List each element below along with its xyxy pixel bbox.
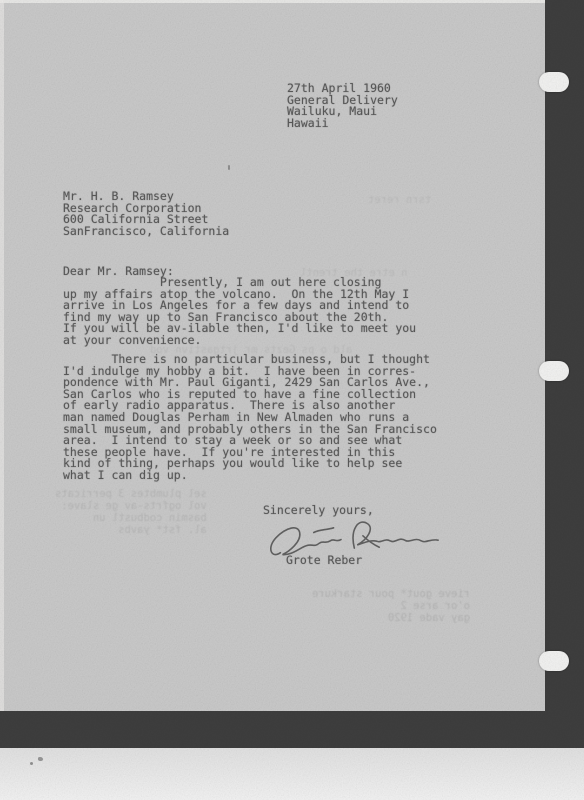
ink-speck (38, 757, 43, 761)
ink-speck (30, 762, 33, 765)
paper-left-edge (0, 0, 4, 712)
punch-hole-top (539, 72, 569, 92)
punch-hole-bottom (539, 651, 569, 671)
bleed-through-text-lower-right: rieve gout* pour starkure o'or arse 2 ga… (312, 588, 470, 624)
closing-line: Sincerely yours, (263, 505, 374, 517)
bleed-through-text-address: tsrn reret (368, 194, 431, 206)
bleed-through-text-left: sel plumbtes 3 perricats vol ogfrts-av g… (55, 488, 207, 536)
punch-hole-middle (539, 361, 569, 381)
scanbed-background (0, 748, 584, 800)
recipient-address-block: Mr. H. B. Ramsey Research Corporation 60… (63, 191, 229, 237)
scanner-backing-bottom (0, 711, 584, 748)
ink-speck (228, 165, 230, 170)
typed-signature-name: Grote Reber (286, 555, 362, 567)
date-block: 27th April 1960 General Delivery Wailuku… (287, 83, 398, 129)
paper-top-edge (0, 0, 545, 3)
scanned-letter-page: sel plumbtes 3 perricats vol ogfrts-av g… (0, 0, 584, 800)
body-paragraph-2: There is no particular business, but I t… (63, 354, 437, 482)
body-paragraph-1: Presently, I am out here closing up my a… (63, 277, 416, 347)
